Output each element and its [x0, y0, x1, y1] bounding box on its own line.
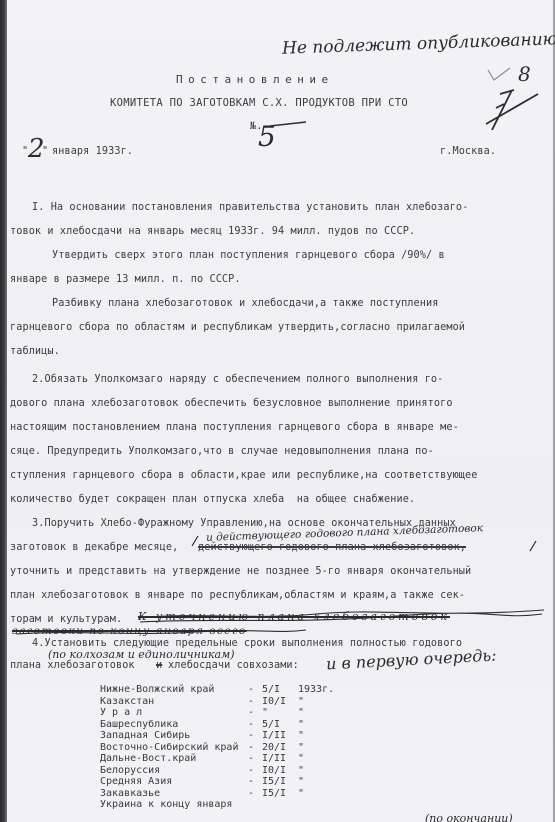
p4-line2-start: плана хлебозаготовок	[10, 660, 135, 671]
deadline-region: Западная Сибирь	[100, 731, 190, 741]
deadline-region: Нижне-Волжский край	[100, 685, 214, 695]
deadline-year: "	[298, 777, 304, 787]
deadline-region: Закавказье	[100, 789, 160, 799]
p2-line3: настоящим постановлением плана поступлен…	[10, 422, 459, 433]
deadline-region: Украина к концу января	[100, 800, 232, 810]
p3-line2-start: заготовок в декабре месяце,	[10, 542, 178, 553]
deadline-year: "	[298, 789, 304, 799]
deadline-dash: -	[248, 754, 254, 764]
p2-line6: количество будет сокращен план отпуска х…	[10, 494, 415, 505]
handwritten-top-note: Не подлежит опубликованию	[282, 29, 555, 59]
deadline-year: "	[298, 708, 304, 718]
date-quote-close: "	[42, 146, 48, 157]
deadline-date: I/II	[262, 754, 286, 764]
deadline-year: "	[298, 697, 304, 707]
deadline-date: I5/I	[262, 777, 286, 787]
p1-line7: таблицы.	[10, 346, 60, 357]
p1-line4: январе в размере 13 милл. п. по СССР.	[10, 274, 241, 285]
insert-slash	[528, 540, 538, 552]
deadline-year: "	[298, 731, 304, 741]
deadline-region: Башреспублика	[100, 720, 178, 730]
deadline-dash: -	[248, 777, 254, 787]
p1-line2: товок и хлебосдачи на январь месяц 1933г…	[10, 226, 415, 237]
p2-line1: 2.Обязать Уполкомзаго наряду с обеспечен…	[32, 374, 443, 385]
p2-line5: ступления гарнцевого сбора в области,кра…	[10, 470, 478, 481]
deadline-region: Дальне-Вост.край	[100, 754, 196, 764]
p2-line4: сяце. Предупредить Уполкомзаго,что в слу…	[10, 446, 434, 457]
bottom-handwritten-note: (по окончании)	[425, 812, 513, 822]
deadline-region: Белоруссия	[100, 766, 160, 776]
deadline-date: "	[262, 708, 268, 718]
p3-line4: план хлебозаготовок в январе по республи…	[10, 590, 465, 601]
p3-line3: уточнить и представить на утверждение не…	[10, 566, 471, 577]
deadline-year: "	[298, 754, 304, 764]
document-subtitle: КОМИТЕТА ПО ЗАГОТОВКАМ С.Х. ПРОДУКТОВ ПР…	[110, 97, 408, 109]
deadline-dash: -	[248, 708, 254, 718]
handwritten-mark-7	[482, 82, 542, 140]
deadline-region: Казакстан	[100, 697, 154, 707]
deadline-date: 20/I	[262, 743, 286, 753]
checkmark-icon	[486, 64, 516, 84]
deadline-date: I0/I	[262, 697, 286, 707]
deadline-date: I/II	[262, 731, 286, 741]
deadline-dash: -	[248, 697, 254, 707]
deadline-dash: -	[248, 789, 254, 799]
deadline-row: Нижне-Волжский край-5/I1933г.	[100, 685, 400, 697]
deadline-date: 5/I	[262, 685, 280, 695]
deadline-table: Нижне-Волжский край-5/I1933г.Казакстан-I…	[100, 685, 400, 820]
deadline-dash: -	[248, 720, 254, 730]
deadline-region: Восточно-Сибирский край	[100, 743, 238, 753]
p3-line5-start: торам и культурам.	[10, 614, 122, 625]
deadline-dash: -	[248, 766, 254, 776]
deadline-dash: -	[248, 743, 254, 753]
place-text: г.Москва.	[440, 146, 496, 157]
deadline-row: У р а л-""	[100, 708, 400, 720]
p1-line1: I. На основании постановления правительс…	[32, 202, 468, 213]
insert-caret	[190, 534, 204, 548]
deadline-row: Украина к концу января	[100, 800, 400, 812]
p4-line2-struck: и	[156, 660, 162, 671]
document-title: Постановление	[176, 73, 334, 86]
p2-line2: дового плана хлебозаготовок обеспечить б…	[10, 398, 453, 409]
deadline-year: "	[298, 720, 304, 730]
p4-line2-end: хлебосдачи совхозами:	[168, 660, 299, 671]
deadline-dash: -	[248, 731, 254, 741]
deadline-date: 5/I	[262, 720, 280, 730]
deadline-row: Средняя Азия-I5/I"	[100, 777, 400, 789]
deadline-row: Западная Сибирь-I/II"	[100, 731, 400, 743]
document-page: Не подлежит опубликованию 8 Постановлени…	[0, 0, 555, 822]
deadline-row: Дальне-Вост.край-I/II"	[100, 754, 400, 766]
p1-line3: Утвердить сверх этого план поступления г…	[52, 250, 445, 261]
date-text: января 1933г.	[52, 146, 133, 157]
p3-line2-struck: действующего годового плана хлебозаготов…	[198, 542, 466, 553]
deadline-region: У р а л	[100, 708, 142, 718]
p4-handwritten-tail: и в первую очередь:	[326, 646, 497, 674]
deadline-year: "	[298, 743, 304, 753]
scribble-strikeout	[136, 608, 548, 638]
deadline-date: I0/I	[262, 766, 286, 776]
deadline-date: I5/I	[262, 789, 286, 799]
deadline-dash: -	[248, 685, 254, 695]
p1-line6: гарнцевого сбора по областям и республик…	[10, 322, 465, 333]
deadline-region: Средняя Азия	[100, 777, 172, 787]
p1-line5: Разбивку плана хлебозаготовок и хлебосда…	[52, 298, 438, 309]
deadline-year: "	[298, 766, 304, 776]
binding-edge	[0, 0, 7, 822]
deadline-year: 1933г.	[298, 685, 334, 695]
number-underline	[268, 120, 308, 130]
